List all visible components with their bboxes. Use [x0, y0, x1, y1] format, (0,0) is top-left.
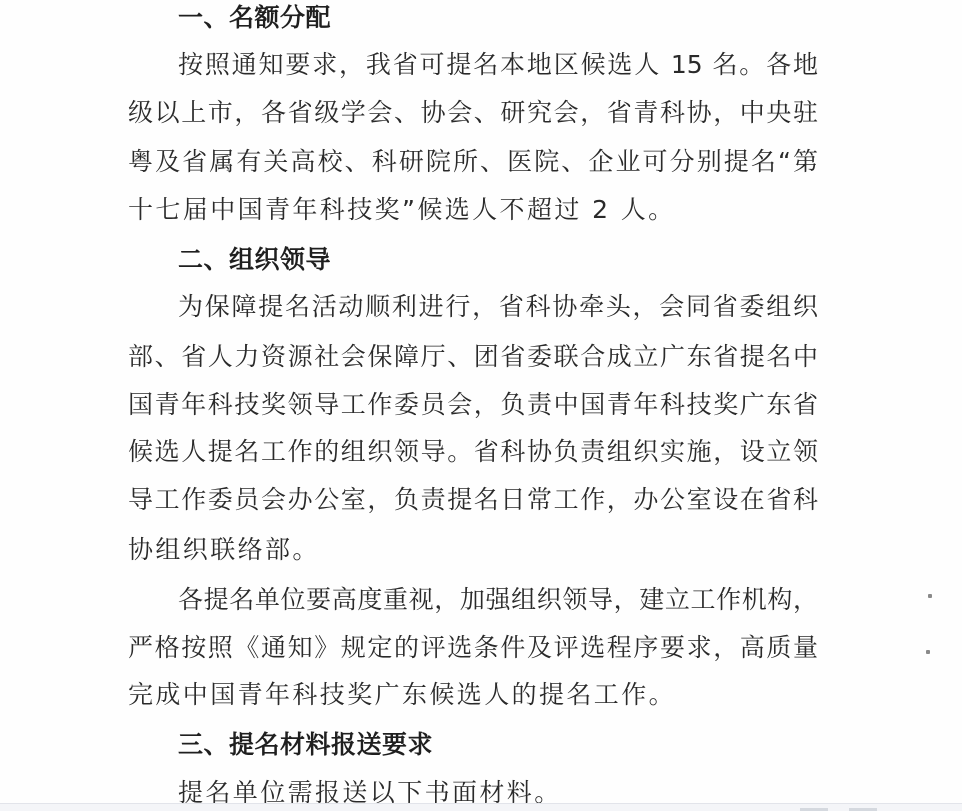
paragraph-line: 候选人提名工作的组织领导。省科协负责组织实施，设立领	[128, 435, 818, 469]
paragraph-line: 国青年科技奖领导工作委员会，负责中国青年科技奖广东省	[128, 388, 818, 422]
scan-speck	[928, 594, 932, 598]
paragraph-line: 按照通知要求，我省可提名本地区候选人 15 名。各地	[178, 48, 818, 82]
paragraph-line: 各提名单位要高度重视，加强组织领导，建立工作机构，	[178, 583, 818, 617]
paragraph-line: 完成中国青年科技奖广东候选人的提名工作。	[128, 678, 818, 712]
paragraph-line: 粤及省属有关高校、科研院所、医院、企业可分别提名“第	[128, 145, 818, 179]
scan-speck	[926, 650, 930, 654]
paragraph-line: 级以上市，各省级学会、协会、研究会，省青科协，中央驻	[128, 96, 818, 130]
paragraph-line: 严格按照《通知》规定的评选条件及评选程序要求，高质量	[128, 631, 818, 665]
section-heading-quota: 一、名额分配	[178, 1, 331, 35]
section-heading-organization: 二、组织领导	[178, 243, 331, 277]
document-page: 一、名额分配 按照通知要求，我省可提名本地区候选人 15 名。各地 级以上市，各…	[0, 0, 962, 803]
paragraph-line: 导工作委员会办公室，负责提名日常工作，办公室设在省科	[128, 483, 818, 517]
paragraph-line: 协组织联络部。	[128, 533, 818, 567]
paragraph-line: 十七届中国青年科技奖”候选人不超过 2 人。	[128, 193, 818, 227]
paragraph-line: 提名单位需报送以下书面材料。	[178, 776, 818, 803]
paragraph-line: 为保障提名活动顺利进行，省科协牵头，会同省委组织	[178, 290, 818, 324]
paragraph-line: 部、省人力资源社会保障厅、团省委联合成立广东省提名中	[128, 340, 818, 374]
viewer-bottom-bar	[0, 803, 962, 811]
section-heading-materials: 三、提名材料报送要求	[178, 728, 433, 762]
